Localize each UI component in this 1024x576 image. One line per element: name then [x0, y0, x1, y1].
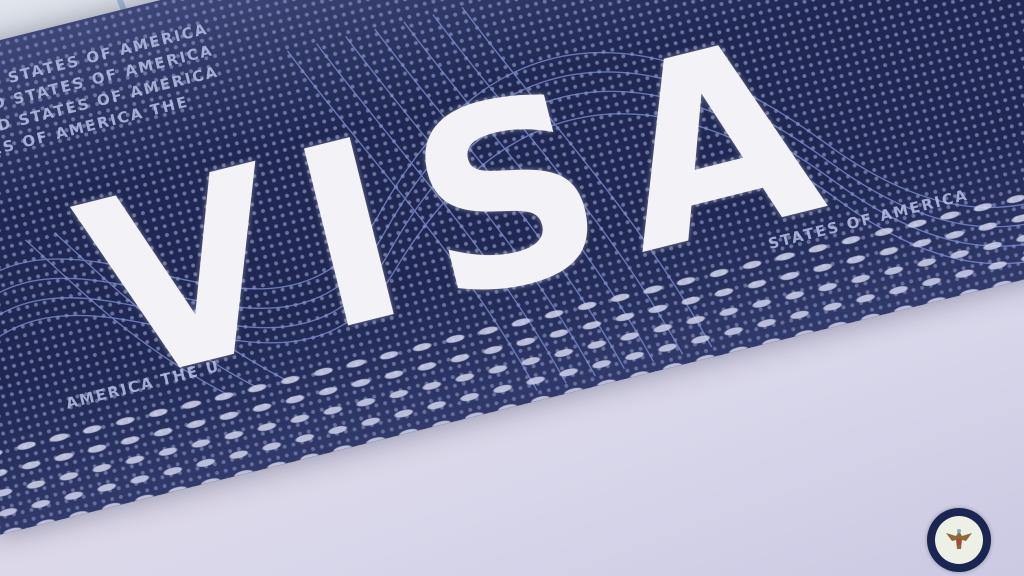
- eagle-icon: [944, 527, 974, 553]
- visa-photo: UNITED STATES OF AMERICA UNITED STATES O…: [0, 0, 1024, 576]
- state-department-seal-icon: [927, 508, 991, 572]
- visa-ink-band: UNITED STATES OF AMERICA UNITED STATES O…: [0, 0, 1024, 536]
- seal-center: [935, 516, 983, 564]
